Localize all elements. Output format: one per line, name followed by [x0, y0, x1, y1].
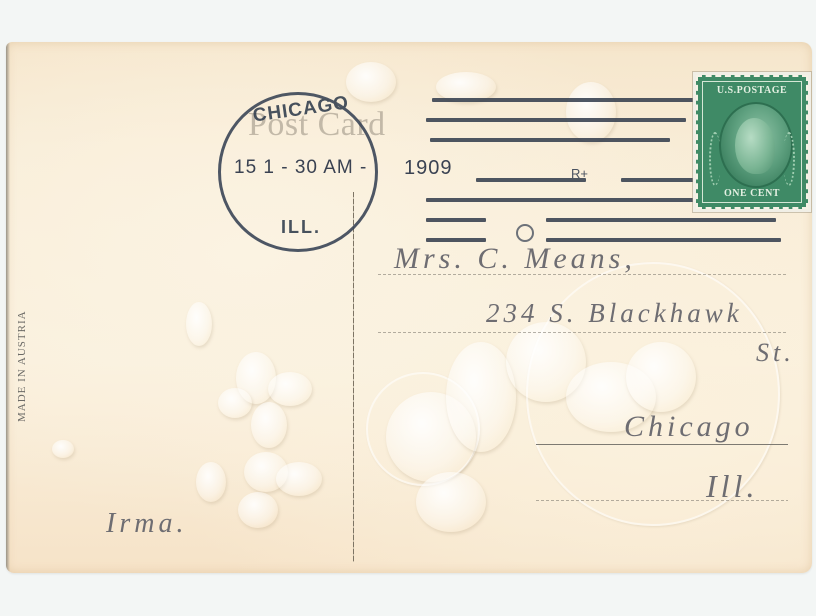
- stamp-top-text: U.S.POSTAGE: [703, 85, 801, 96]
- address-line-1: Mrs. C. Means,: [394, 242, 636, 276]
- signature: Irma.: [106, 508, 187, 540]
- stamp-bottom-text: ONE CENT: [703, 188, 801, 199]
- stamp-portrait-oval: [719, 102, 793, 188]
- address-line-4: Chicago: [624, 410, 754, 444]
- address-line-3: St.: [756, 338, 795, 368]
- address-line-2: 234 S. Blackhawk: [486, 298, 743, 329]
- cancellation-mark: R+: [571, 166, 588, 181]
- cancellation-circle: [516, 224, 534, 242]
- franklin-portrait-icon: [735, 118, 775, 174]
- postage-stamp: U.S.POSTAGE ONE CENT: [696, 75, 808, 209]
- postmark-state: ILL.: [261, 217, 341, 238]
- center-divider-line: [353, 192, 354, 562]
- stamp-frame: U.S.POSTAGE ONE CENT: [702, 81, 802, 203]
- laurel-right-icon: [783, 132, 795, 186]
- address-rule-3: [536, 444, 788, 445]
- side-imprint: MADE IN AUSTRIA: [16, 310, 28, 422]
- address-rule-2: [378, 332, 788, 333]
- postcard-back: MADE IN AUSTRIA Post Card CHICAGO ILL. 1…: [6, 42, 812, 573]
- postmark-city: CHICAGO: [240, 91, 362, 129]
- address-line-5: Ill.: [706, 468, 758, 505]
- postmark-date-time: 15 1 - 30 AM -: [234, 157, 367, 179]
- laurel-left-icon: [709, 132, 721, 186]
